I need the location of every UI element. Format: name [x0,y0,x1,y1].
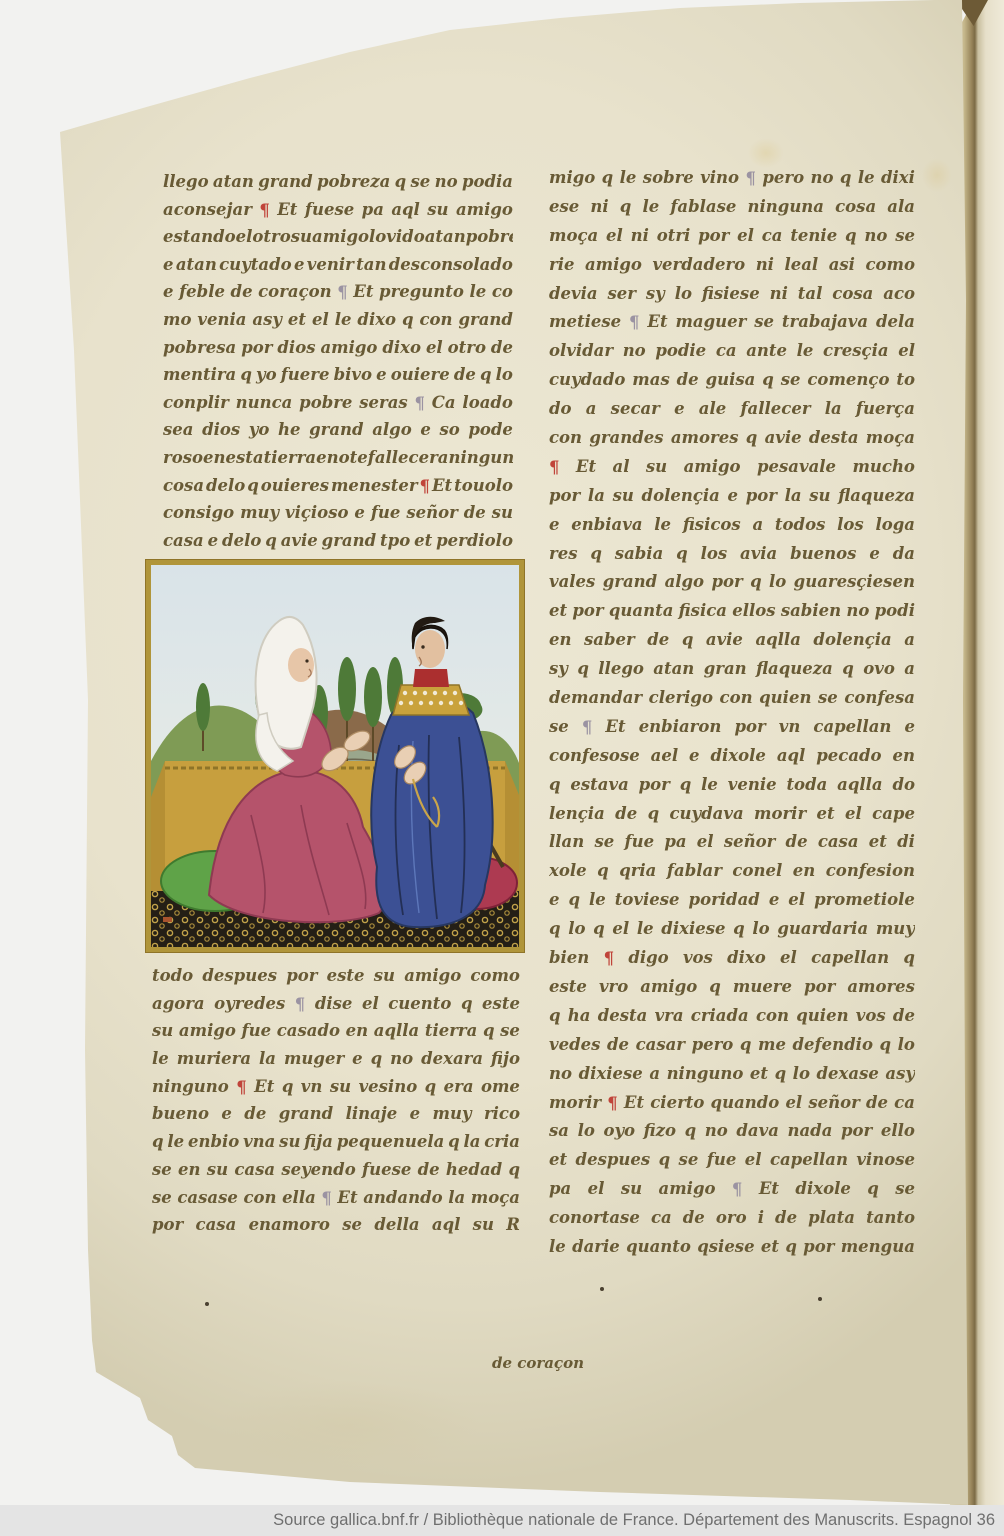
manuscript-word: vn [301,1073,323,1101]
manuscript-word: fuese [305,196,354,224]
manuscript-word: su [291,223,312,251]
manuscript-word: dios [202,416,240,444]
manuscript-word: sobre [643,164,694,193]
manuscript-word: q [740,1031,752,1060]
source-attribution-text: Source gallica.bnf.fr / Bibliothèque nat… [273,1511,1004,1530]
manuscript-word: la [588,482,605,511]
manuscript-word: plata [808,1204,855,1233]
manuscript-word: enamoro [249,1211,330,1239]
manuscript-text-line: qhadestavracriadaconquienvosde [549,1002,915,1031]
manuscript-word: señor [724,828,775,857]
manuscript-word: atan [425,223,466,251]
manuscript-word: de [491,334,513,362]
manuscript-word: se [152,1156,172,1184]
manuscript-word: casase [177,1184,238,1212]
manuscript-word: grand [279,1100,333,1128]
manuscript-text-line: ledariequantoqsieseetqpormengua [549,1233,915,1262]
manuscript-text-line: pobresapordiosamigodixoelotrode [163,334,513,362]
manuscript-word: e [163,278,174,306]
manuscript-text-line: estevroamigoqmuereporamores [549,973,915,1002]
manuscript-word: della [374,1211,419,1239]
manuscript-word: loga [875,511,915,540]
manuscript-word: fablar [667,857,722,886]
manuscript-word: ellos [732,597,775,626]
manuscript-word: e [354,499,365,527]
manuscript-word: saber [584,626,635,655]
manuscript-word: començo [807,366,889,395]
woman-face [288,648,314,682]
manuscript-word: la [825,395,842,424]
manuscript-word: su [279,1128,300,1156]
manuscript-word: fizo [644,1117,676,1146]
manuscript-word: despues [202,962,277,990]
manuscript-word: mengua [841,1233,915,1262]
manuscript-word: metiese [549,308,621,337]
manuscript-word: e [316,444,327,472]
manuscript-word: consigo [163,499,234,527]
manuscript-word: de [607,1031,629,1060]
manuscript-word: aql [432,1211,461,1239]
manuscript-word: vra [655,1002,684,1031]
manuscript-word: vales [549,568,595,597]
manuscript-text-line: consigomuyviçiosoefueseñordesu [163,499,513,527]
manuscript-word: prometiole [814,886,915,915]
manuscript-text-line: olvidarnopodiecaantelecresçiael [549,337,915,366]
pilcrow-mark: ¶ [236,1074,247,1101]
manuscript-word: q [648,800,660,829]
manuscript-word: ni [770,280,788,309]
manuscript-word: por [803,1233,834,1262]
manuscript-text-line: mentiraqyofuerebivoeouieredeqlo [163,361,513,389]
manuscript-word: podi [875,597,915,626]
manuscript-word: con [243,1184,276,1212]
manuscript-word: con [720,684,753,713]
manuscript-text-line: nodixieseaningunoetqlodexaseasy [549,1060,915,1089]
manuscript-word: su [492,499,513,527]
manuscript-text-line: porcasaenamorosedellaaqlsuR [152,1211,520,1239]
manuscript-text-line: se¶Etenbiaronporvncapellane [549,713,915,742]
manuscript-word: he [278,416,301,444]
manuscript-word: oyredes [214,990,285,1018]
manuscript-word: de [647,626,669,655]
manuscript-word: quando [711,1089,780,1118]
manuscript-word: dios [277,334,315,362]
manuscript-word: se [895,222,915,251]
manuscript-word: vino [700,164,739,193]
manuscript-word: al [613,453,630,482]
manuscript-word: muy [240,499,279,527]
manuscript-word: q [709,973,721,1002]
manuscript-text-line: agoraoyredes¶diseelcuentoqeste [152,990,520,1018]
manuscript-word: yo [256,361,277,389]
manuscript-word: lo [898,1031,915,1060]
manuscript-word: toviese [615,886,680,915]
manuscript-word: leal [784,251,818,280]
manuscript-word: e [208,527,219,555]
manuscript-word: enesta [203,444,264,472]
manuscript-word: te [350,444,368,472]
manuscript-word: q [371,1045,383,1073]
manuscript-word: bien [549,944,589,973]
manuscript-word: verdadero [652,251,745,280]
manuscript-word: cuydava [670,800,744,829]
manuscript-word: moça [549,222,598,251]
ink-speck [205,1302,209,1306]
manuscript-text-line: rieamigoverdaderonilealasicomo [549,251,915,280]
manuscript-word: hedad [446,1156,502,1184]
manuscript-word: avia [740,540,777,569]
manuscript-word: no [864,222,887,251]
manuscript-word: clerigo [649,684,713,713]
man-face [415,630,445,668]
manuscript-word: darie [572,1233,620,1262]
manuscript-word: aql [777,742,806,771]
manuscript-word: grand [309,416,363,444]
manuscript-word: muy [433,1100,472,1128]
manuscript-word: la [448,1184,465,1212]
manuscript-word: por [639,771,670,800]
manuscript-word: tpo [380,527,410,555]
manuscript-word: por [734,713,765,742]
manuscript-word: e [904,713,915,742]
manuscript-word: ale [699,395,726,424]
manuscript-word: de [866,1089,888,1118]
manuscript-word: muger [284,1045,344,1073]
manuscript-word: quien [796,1002,848,1031]
manuscript-word: ca [894,1089,915,1118]
manuscript-word: seras [359,389,407,417]
manuscript-word: e [420,416,431,444]
manuscript-word: e [674,395,685,424]
manuscript-word: pa [664,828,686,857]
manuscript-word: morir [754,800,806,829]
manuscript-word: q [483,1017,495,1045]
manuscript-word: vos [856,1002,886,1031]
manuscript-word: confesa [844,684,915,713]
manuscript-word: en [346,1017,369,1045]
manuscript-word: desconsolado [389,251,513,279]
manuscript-word: a [904,626,915,655]
manuscript-word: su [330,1073,351,1101]
manuscript-word: venir [307,251,354,279]
manuscript-word: q [448,1128,460,1156]
manuscript-word: ella [282,1184,316,1212]
manuscript-word: amigo [585,251,642,280]
manuscript-word: Et [605,713,625,742]
manuscript-word: a [586,395,597,424]
manuscript-word: q [750,568,762,597]
manuscript-word: dexase [817,1060,879,1089]
manuscript-word: aql [391,196,420,224]
manuscript-word: mentira [163,361,236,389]
manuscript-text-line: demandarclerigoconquienseconfesa [549,684,915,713]
manuscript-word: lo [769,568,786,597]
manuscript-word: en [793,857,816,886]
manuscript-word: fue [371,499,401,527]
manuscript-word: vido [386,223,424,251]
ink-speck [818,1297,822,1301]
manuscript-word: otro [448,334,486,362]
manuscript-word: pero [692,1031,734,1060]
manuscript-word: et [549,597,567,626]
manuscript-word: viçioso [285,499,348,527]
manuscript-text-line: etdespuesqsefueelcapellanvinose [549,1146,915,1175]
manuscript-word: casa [163,527,204,555]
manuscript-word: e [549,511,560,540]
pilcrow-mark: ¶ [549,454,560,482]
manuscript-word: devia [549,280,598,309]
manuscript-word: por [241,334,272,362]
manuscript-text-line: qloqelledixieseqloguardariamuy [549,915,915,944]
manuscript-word: cresçia [823,337,889,366]
manuscript-word: cierto [650,1089,704,1118]
manuscript-word: dixole [795,1175,850,1204]
manuscript-word: defendio [793,1031,873,1060]
manuscript-word: fuerça [856,395,915,424]
manuscript-word: et [288,306,306,334]
manuscript-word: ca [651,1204,672,1233]
text-column-left-lower: tododespuesporestesuamigocomoagoraoyrede… [152,962,520,1239]
manuscript-text-line: ¶Etalsuamigopesavalemucho [549,453,915,482]
manuscript-word: e [410,1100,421,1128]
manuscript-text-line: qestavaporqlevenietodaaqllado [549,771,915,800]
manuscript-word: ouiere [391,361,450,389]
manuscript-word: el [312,306,329,334]
manuscript-word: de [893,1002,915,1031]
manuscript-word: bueno [152,1100,209,1128]
manuscript-word: da [893,540,915,569]
manuscript-word: q [840,164,852,193]
manuscript-word: cosa [835,193,876,222]
manuscript-word: lo [578,1117,595,1146]
manuscript-word: le [589,886,606,915]
manuscript-word: q [903,944,915,973]
manuscript-word: cape [872,800,915,829]
manuscript-word: amigo [684,453,741,482]
manuscript-word: no [623,337,646,366]
manuscript-word: loado [462,389,513,417]
manuscript-word: como [865,251,915,280]
manuscript-word: su [152,1017,173,1045]
manuscript-word: avie [706,626,743,655]
manuscript-word: fallecer [740,395,810,424]
manuscript-word: amigo [659,1175,716,1204]
manuscript-word: ala [887,193,915,222]
manuscript-word: por [286,962,317,990]
manuscript-text-line: conplirnuncapobreseras¶Caloado [163,389,513,417]
manuscript-word: q [395,168,407,196]
manuscript-word: desta [809,424,859,453]
manuscript-word: cuydado [549,366,625,395]
manuscript-word: dolençia [642,482,720,511]
manuscript-word: oyo [603,1117,635,1146]
manuscript-word: q [282,1073,294,1101]
manuscript-word: le [637,915,654,944]
manuscript-word: q [685,1117,697,1146]
miniature-scene [151,565,519,947]
manuscript-word: ninguno [152,1073,229,1101]
manuscript-word: e [869,540,880,569]
manuscript-word: q [593,915,605,944]
gallica-source-bar: Source gallica.bnf.fr / Bibliothèque nat… [0,1505,1004,1536]
manuscript-word: amigo [640,973,697,1002]
manuscript-word: rie [549,251,574,280]
manuscript-word: dixiese [579,1060,643,1089]
manuscript-word: e [769,886,780,915]
manuscript-word: por [698,222,729,251]
manuscript-word: se [679,1146,699,1175]
manuscript-word: Ca [432,389,456,417]
pilcrow-mark: ¶ [337,279,348,306]
manuscript-word: de [775,1204,797,1233]
manuscript-word: ni [756,251,774,280]
manuscript-word: cosa [163,472,204,500]
manuscript-word: de [464,499,486,527]
manuscript-word: guardaria [777,915,868,944]
manuscript-word: Et [432,472,452,500]
manuscript-word: amigo [456,196,513,224]
pilcrow-mark: ¶ [607,1090,618,1118]
manuscript-word: ese [549,193,579,222]
manuscript-word: amigo [404,962,461,990]
manuscript-word: do [892,771,915,800]
manuscript-word: se [781,366,801,395]
manuscript-word: el [588,1175,605,1204]
manuscript-word: q [549,1002,561,1031]
manuscript-word: guaresçiesen [794,568,915,597]
manuscript-word: et [549,1146,567,1175]
manuscript-word: linaje [346,1100,398,1128]
manuscript-word: et [414,527,432,555]
manuscript-text-line: confesoseaeledixoleaqlpecadoen [549,742,915,771]
manuscript-word: perdiolo [436,527,513,555]
manuscript-word: oro [716,1204,747,1233]
manuscript-word: lo [568,915,585,944]
manuscript-word: a [904,655,915,684]
manuscript-text-line: porlasudolençiaeporlasuflaqueza [549,482,915,511]
manuscript-word: atan [176,251,217,279]
manuscript-word: le [858,164,875,193]
manuscript-text-line: casaedeloqaviegrandtpoetperdiolo [163,527,513,555]
manuscript-word: vinose [856,1146,915,1175]
manuscript-word: dixo [727,944,766,973]
manuscript-word: por [152,1211,183,1239]
manuscript-word: no [705,1117,728,1146]
manuscript-word: Et [254,1073,274,1101]
manuscript-word: pobre [466,223,513,251]
manuscript-word: secar [611,395,660,424]
manuscript-word: e [352,1045,363,1073]
pilcrow-mark: ¶ [604,945,615,973]
manuscript-word: capellan [811,944,889,973]
manuscript-word: q [240,361,252,389]
manuscript-word: otro [252,223,290,251]
manuscript-word: lo [675,280,692,309]
manuscript-text-line: lençiadeqcuydavamoriretelcape [549,800,915,829]
manuscript-word: su [646,453,667,482]
manuscript-word: en [178,1156,201,1184]
manuscript-word: desta [598,1002,648,1031]
manuscript-word: tal [798,280,823,309]
manuscript-word: roso [163,444,203,472]
manuscript-word: cria [484,1128,520,1156]
manuscript-word: fuese [362,1156,411,1184]
manuscript-word: q [265,527,277,555]
manuscript-word: q [659,1146,671,1175]
pilcrow-mark: ¶ [732,1176,743,1204]
manuscript-word: ser [608,280,636,309]
manuscript-word: todos [775,511,825,540]
manuscript-word: q [880,1031,892,1060]
manuscript-word: q [746,424,758,453]
manuscript-word: q [508,1156,520,1184]
manuscript-word: se [500,1017,520,1045]
manuscript-word: de [677,366,699,395]
manuscript-word: se [342,1211,362,1239]
manuscript-word: su [621,1175,642,1204]
manuscript-word: q [676,540,688,569]
manuscript-word: q [549,915,561,944]
manuscript-word: to [896,366,915,395]
manuscript-word: pobresa [163,334,236,362]
manuscript-word: moça [866,424,915,453]
manuscript-word: podie [655,337,706,366]
manuscript-text-line: llansefuepaelseñordecasaetdi [549,828,915,857]
manuscript-word: dixole [710,742,765,771]
manuscript-word: dela [876,308,915,337]
manuscript-word: venie [728,771,777,800]
manuscript-word: por [804,973,835,1002]
manuscript-word: q [762,366,774,395]
manuscript-text-line: estandoelotrosuamigolovidoatanpobre [163,223,513,251]
manuscript-word: dixiese [661,915,725,944]
manuscript-word: toda [786,771,827,800]
manuscript-word: moça [471,1184,520,1212]
manuscript-word: tanto [866,1204,915,1233]
manuscript-word: Et [647,308,667,337]
manuscript-word: podia [462,168,513,196]
manuscript-word: de [786,828,808,857]
manuscript-text-line: qleenbiovnasufijapequenuelaqlacria [152,1128,520,1156]
manuscript-word: avie [281,527,318,555]
manuscript-word: R [506,1211,520,1239]
manuscript-word: ninguno [667,1060,744,1089]
manuscript-text-line: congrandesamoresqaviedestamoça [549,424,915,453]
manuscript-word: por [841,1117,872,1146]
manuscript-word: feble [179,278,225,306]
manuscript-word: menester [331,472,418,500]
manuscript-word: conortase [549,1204,640,1233]
manuscript-word: casado [277,1017,340,1045]
manuscript-word: vedes [549,1031,600,1060]
manuscript-word: me [758,1031,786,1060]
manuscript-word: vos [683,944,713,973]
manuscript-word: el [606,222,623,251]
manuscript-word: el [845,800,862,829]
manuscript-word: ouieres [261,472,329,500]
manuscript-word: tenie [790,222,837,251]
manuscript-word: q [590,540,602,569]
manuscript-word: los [701,540,728,569]
manuscript-word: dixo [357,306,396,334]
manuscript-text-line: xoleqqriafablarconelenconfesion [549,857,915,886]
manuscript-word: nunca [236,389,293,417]
manuscript-word: aqlla [374,1017,419,1045]
manuscript-word: este [549,973,587,1002]
manuscript-word: conel [732,857,782,886]
manuscript-word: q [867,1175,879,1204]
manuscript-word: pero [762,164,804,193]
